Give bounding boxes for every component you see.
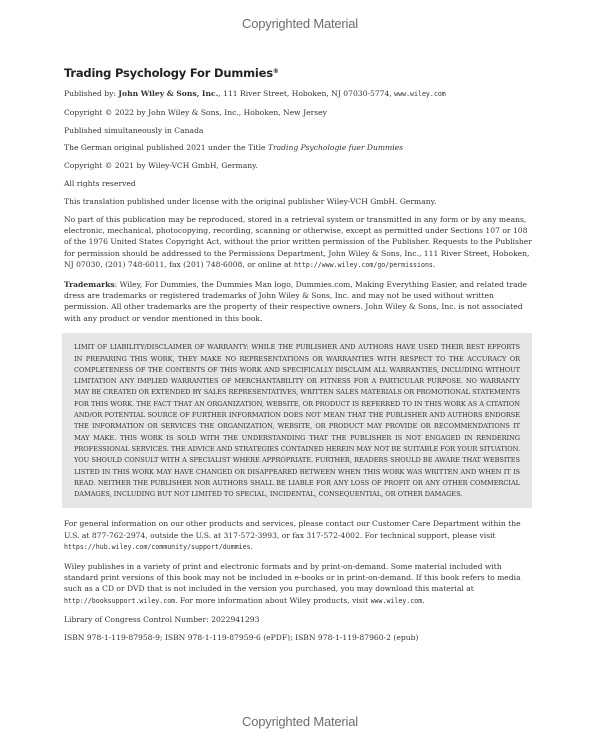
copyright-page: Trading Psychology For Dummies® Publishe…: [64, 66, 532, 650]
german-original-title: Trading Psychologie fuer Dummies: [268, 143, 403, 152]
loc-line: Library of Congress Control Number: 2022…: [64, 614, 532, 625]
publisher-url-link[interactable]: www.wiley.com: [394, 90, 446, 98]
publisher-address: , 111 River Street, Hoboken, NJ 07030-57…: [218, 89, 394, 98]
support-url-link[interactable]: https://hub.wiley.com/community/support/…: [64, 543, 251, 551]
permissions-end: .: [433, 260, 435, 269]
trademarks-label: Trademarks: [64, 280, 115, 289]
translation-line: This translation published under license…: [64, 196, 532, 207]
general-info-paragraph: For general information on our other pro…: [64, 518, 532, 553]
general-info-end: .: [251, 542, 253, 551]
permissions-url-link[interactable]: http://www.wiley.com/go/permissions: [294, 261, 433, 269]
registered-mark: ®: [273, 68, 279, 75]
trademarks-paragraph: Trademarks: Wiley, For Dummies, the Dumm…: [64, 279, 532, 325]
rights-line: All rights reserved: [64, 178, 532, 189]
book-title: Trading Psychology For Dummies®: [64, 66, 532, 80]
copyright-2021-line: Copyright © 2021 by Wiley-VCH GmbH, Germ…: [64, 160, 532, 171]
book-title-text: Trading Psychology For Dummies: [64, 66, 273, 80]
publisher-name: John Wiley & Sons, Inc.: [118, 89, 218, 98]
formats-paragraph: Wiley publishes in a variety of print an…: [64, 561, 532, 608]
watermark-top: Copyrighted Material: [0, 16, 600, 31]
isbn-line: ISBN 978-1-119-87958-9; ISBN 978-1-119-8…: [64, 632, 532, 643]
published-by-label: Published by:: [64, 89, 118, 98]
published-by-line: Published by: John Wiley & Sons, Inc., 1…: [64, 88, 532, 100]
disclaimer-box: LIMIT OF LIABILITY/DISCLAIMER OF WARRANT…: [62, 333, 532, 508]
copyright-2022-line: Copyright © 2022 by John Wiley & Sons, I…: [64, 107, 532, 118]
canada-line: Published simultaneously in Canada: [64, 125, 532, 136]
german-original-line: The German original published 2021 under…: [64, 142, 532, 153]
general-info-text: For general information on our other pro…: [64, 519, 521, 539]
formats-text: Wiley publishes in a variety of print an…: [64, 562, 521, 594]
german-original-prefix: The German original published 2021 under…: [64, 143, 268, 152]
watermark-bottom: Copyrighted Material: [0, 714, 600, 729]
wiley-url-link[interactable]: www.wiley.com: [371, 597, 423, 605]
permissions-paragraph: No part of this publication may be repro…: [64, 214, 532, 272]
formats-middle: . For more information about Wiley produ…: [175, 596, 370, 605]
formats-end: .: [422, 596, 424, 605]
booksupport-url-link[interactable]: http://booksupport.wiley.com: [64, 597, 175, 605]
trademarks-text: : Wiley, For Dummies, the Dummies Man lo…: [64, 280, 527, 323]
